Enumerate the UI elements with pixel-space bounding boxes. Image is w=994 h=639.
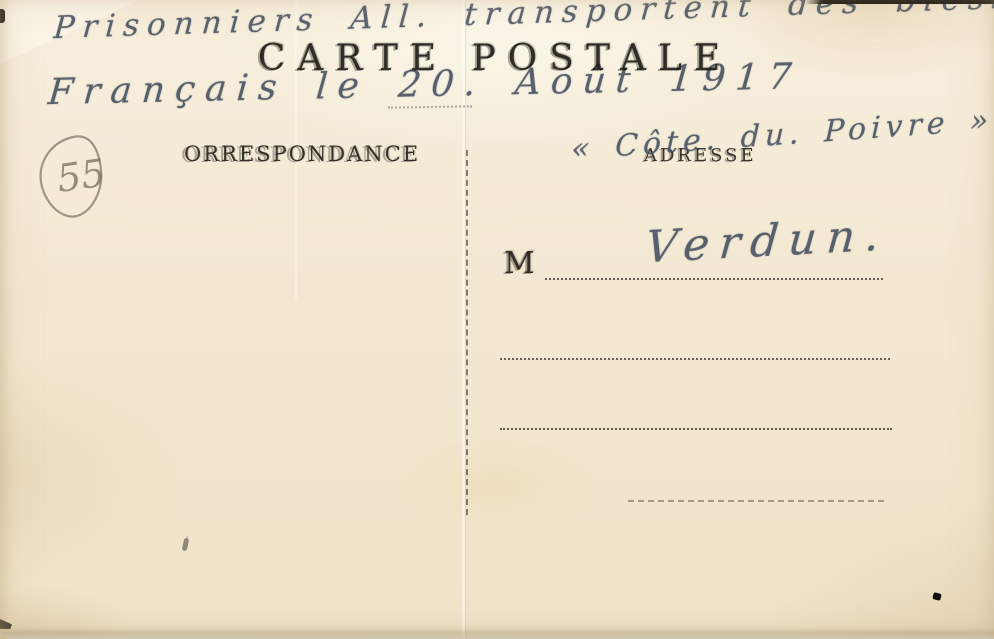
- scan-artifact-top-right: [805, 0, 994, 4]
- caption-underline: [388, 103, 472, 108]
- address-dotted-line-1: [500, 356, 890, 360]
- recipient-dotted-line: [545, 276, 883, 280]
- scan-artifact-speck: [932, 592, 942, 601]
- pencil-number-mark: 55: [33, 128, 111, 226]
- center-divider-line: [466, 150, 468, 515]
- card-bottom-edge: [0, 628, 994, 639]
- scan-artifact-top-left: [0, 9, 5, 23]
- postcard-back: Prisonniers All. transportent des blessé…: [0, 0, 994, 639]
- address-dotted-line-3: [628, 498, 884, 502]
- ink-speck: [182, 538, 190, 552]
- pencil-number-text: 55: [54, 151, 108, 201]
- recipient-prefix-label: M: [504, 246, 535, 281]
- address-dotted-line-2: [500, 426, 892, 430]
- handwritten-address-city: Verdun.: [644, 209, 892, 273]
- handwritten-address-location: « Côte. du. Poivre »: [571, 102, 994, 167]
- correspondance-label: ORRESPONDANCE: [184, 142, 420, 166]
- card-title: CARTE POSTALE: [255, 38, 735, 79]
